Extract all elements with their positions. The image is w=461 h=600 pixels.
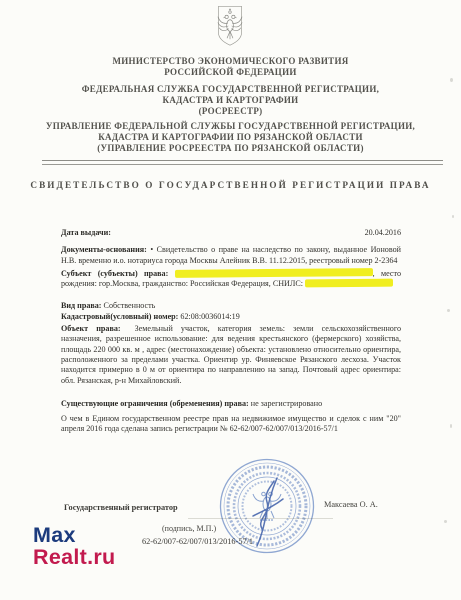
right-details-block: Вид права: Собственность Кадастровый(усл… (61, 301, 401, 385)
stamp-eagle-icon (253, 492, 281, 520)
ministry-line-2: РОССИЙСКОЙ ФЕДЕРАЦИИ (0, 67, 461, 78)
coat-of-arms-icon (206, 3, 254, 49)
right-type-label: Вид права: (61, 301, 102, 310)
signature-line (188, 518, 333, 519)
document-body: Дата выдачи: 20.04.2016 Документы-основа… (61, 228, 401, 438)
object-value: Земельный участок, категория земель: зем… (61, 324, 401, 384)
redaction-highlight-subject (175, 268, 373, 278)
cadastral-line: Кадастровый(условный) номер: 62:08:00360… (61, 312, 401, 322)
issue-date-row: Дата выдачи: 20.04.2016 (61, 228, 401, 238)
service-line-3: (РОСРЕЕСТР) (0, 106, 461, 117)
office-line-1: УПРАВЛЕНИЕ ФЕДЕРАЛЬНОЙ СЛУЖБЫ ГОСУДАРСТВ… (0, 121, 461, 132)
office-line-3: (УПРАВЛЕНИЕ РОСРЕЕСТРА ПО РЯЗАНСКОЙ ОБЛА… (0, 143, 461, 154)
object-label: Объект права: (61, 324, 121, 333)
scan-artifact (444, 520, 447, 523)
maxrealt-watermark-logo: Max Realt.ru (33, 525, 115, 568)
registrar-label: Государственный регистратор (64, 503, 178, 512)
ministry-line-1: МИНИСТЕРСТВО ЭКОНОМИЧЕСКОГО РАЗВИТИЯ (0, 56, 461, 67)
scan-artifact (450, 424, 452, 428)
scan-artifact (450, 78, 453, 82)
restrictions-value: не зарегистрировано (251, 399, 322, 408)
header-divider (42, 160, 443, 165)
right-type-line: Вид права: Собственность (61, 301, 401, 311)
subject-label: Субъект (субъекты) права: (61, 269, 168, 278)
registrar-name: Максаева О. А. (324, 500, 378, 509)
object-paragraph: Объект права:Земельный участок, категори… (61, 324, 401, 386)
redaction-highlight-snils (305, 279, 393, 288)
watermark-line-1: Max (33, 525, 115, 547)
basis-paragraph: Документы-основания: • Свидетельство о п… (61, 245, 401, 266)
handwritten-signature (253, 478, 283, 546)
basis-label: Документы-основания: (61, 245, 147, 254)
office-line-2: КАДАСТРА И КАРТОГРАФИИ ПО РЯЗАНСКОЙ ОБЛА… (0, 132, 461, 143)
service-line-1: ФЕДЕРАЛЬНАЯ СЛУЖБА ГОСУДАРСТВЕННОЙ РЕГИС… (0, 84, 461, 95)
subject-paragraph: Субъект (субъекты) права: , место рожден… (61, 269, 401, 290)
cadastral-label: Кадастровый(условный) номер: (61, 312, 178, 321)
issue-date-label: Дата выдачи: (61, 228, 111, 238)
registration-number: 62-62/007-62/007/013/2016-57/1 (142, 537, 253, 546)
service-heading: ФЕДЕРАЛЬНАЯ СЛУЖБА ГОСУДАРСТВЕННОЙ РЕГИС… (0, 84, 461, 117)
issue-date-value: 20.04.2016 (365, 228, 401, 238)
document-title: СВИДЕТЕЛЬСТВО О ГОСУДАРСТВЕННОЙ РЕГИСТРА… (0, 180, 461, 190)
watermark-line-2: Realt.ru (33, 547, 115, 569)
right-type-value: Собственность (104, 301, 156, 310)
registry-note-paragraph: О чем в Едином государственном реестре п… (61, 414, 401, 435)
signature-caption: (подпись, М.П.) (162, 524, 216, 533)
service-line-2: КАДАСТРА И КАРТОГРАФИИ (0, 95, 461, 106)
restrictions-line: Существующие ограничения (обременения) п… (61, 399, 401, 409)
scan-artifact (452, 215, 454, 218)
cadastral-value: 62:08:0036014:19 (180, 312, 239, 321)
restrictions-label: Существующие ограничения (обременения) п… (61, 399, 249, 408)
certificate-document: МИНИСТЕРСТВО ЭКОНОМИЧЕСКОГО РАЗВИТИЯ РОС… (0, 0, 461, 600)
office-heading: УПРАВЛЕНИЕ ФЕДЕРАЛЬНОЙ СЛУЖБЫ ГОСУДАРСТВ… (0, 121, 461, 154)
scan-artifact (447, 309, 450, 312)
ministry-heading: МИНИСТЕРСТВО ЭКОНОМИЧЕСКОГО РАЗВИТИЯ РОС… (0, 56, 461, 78)
